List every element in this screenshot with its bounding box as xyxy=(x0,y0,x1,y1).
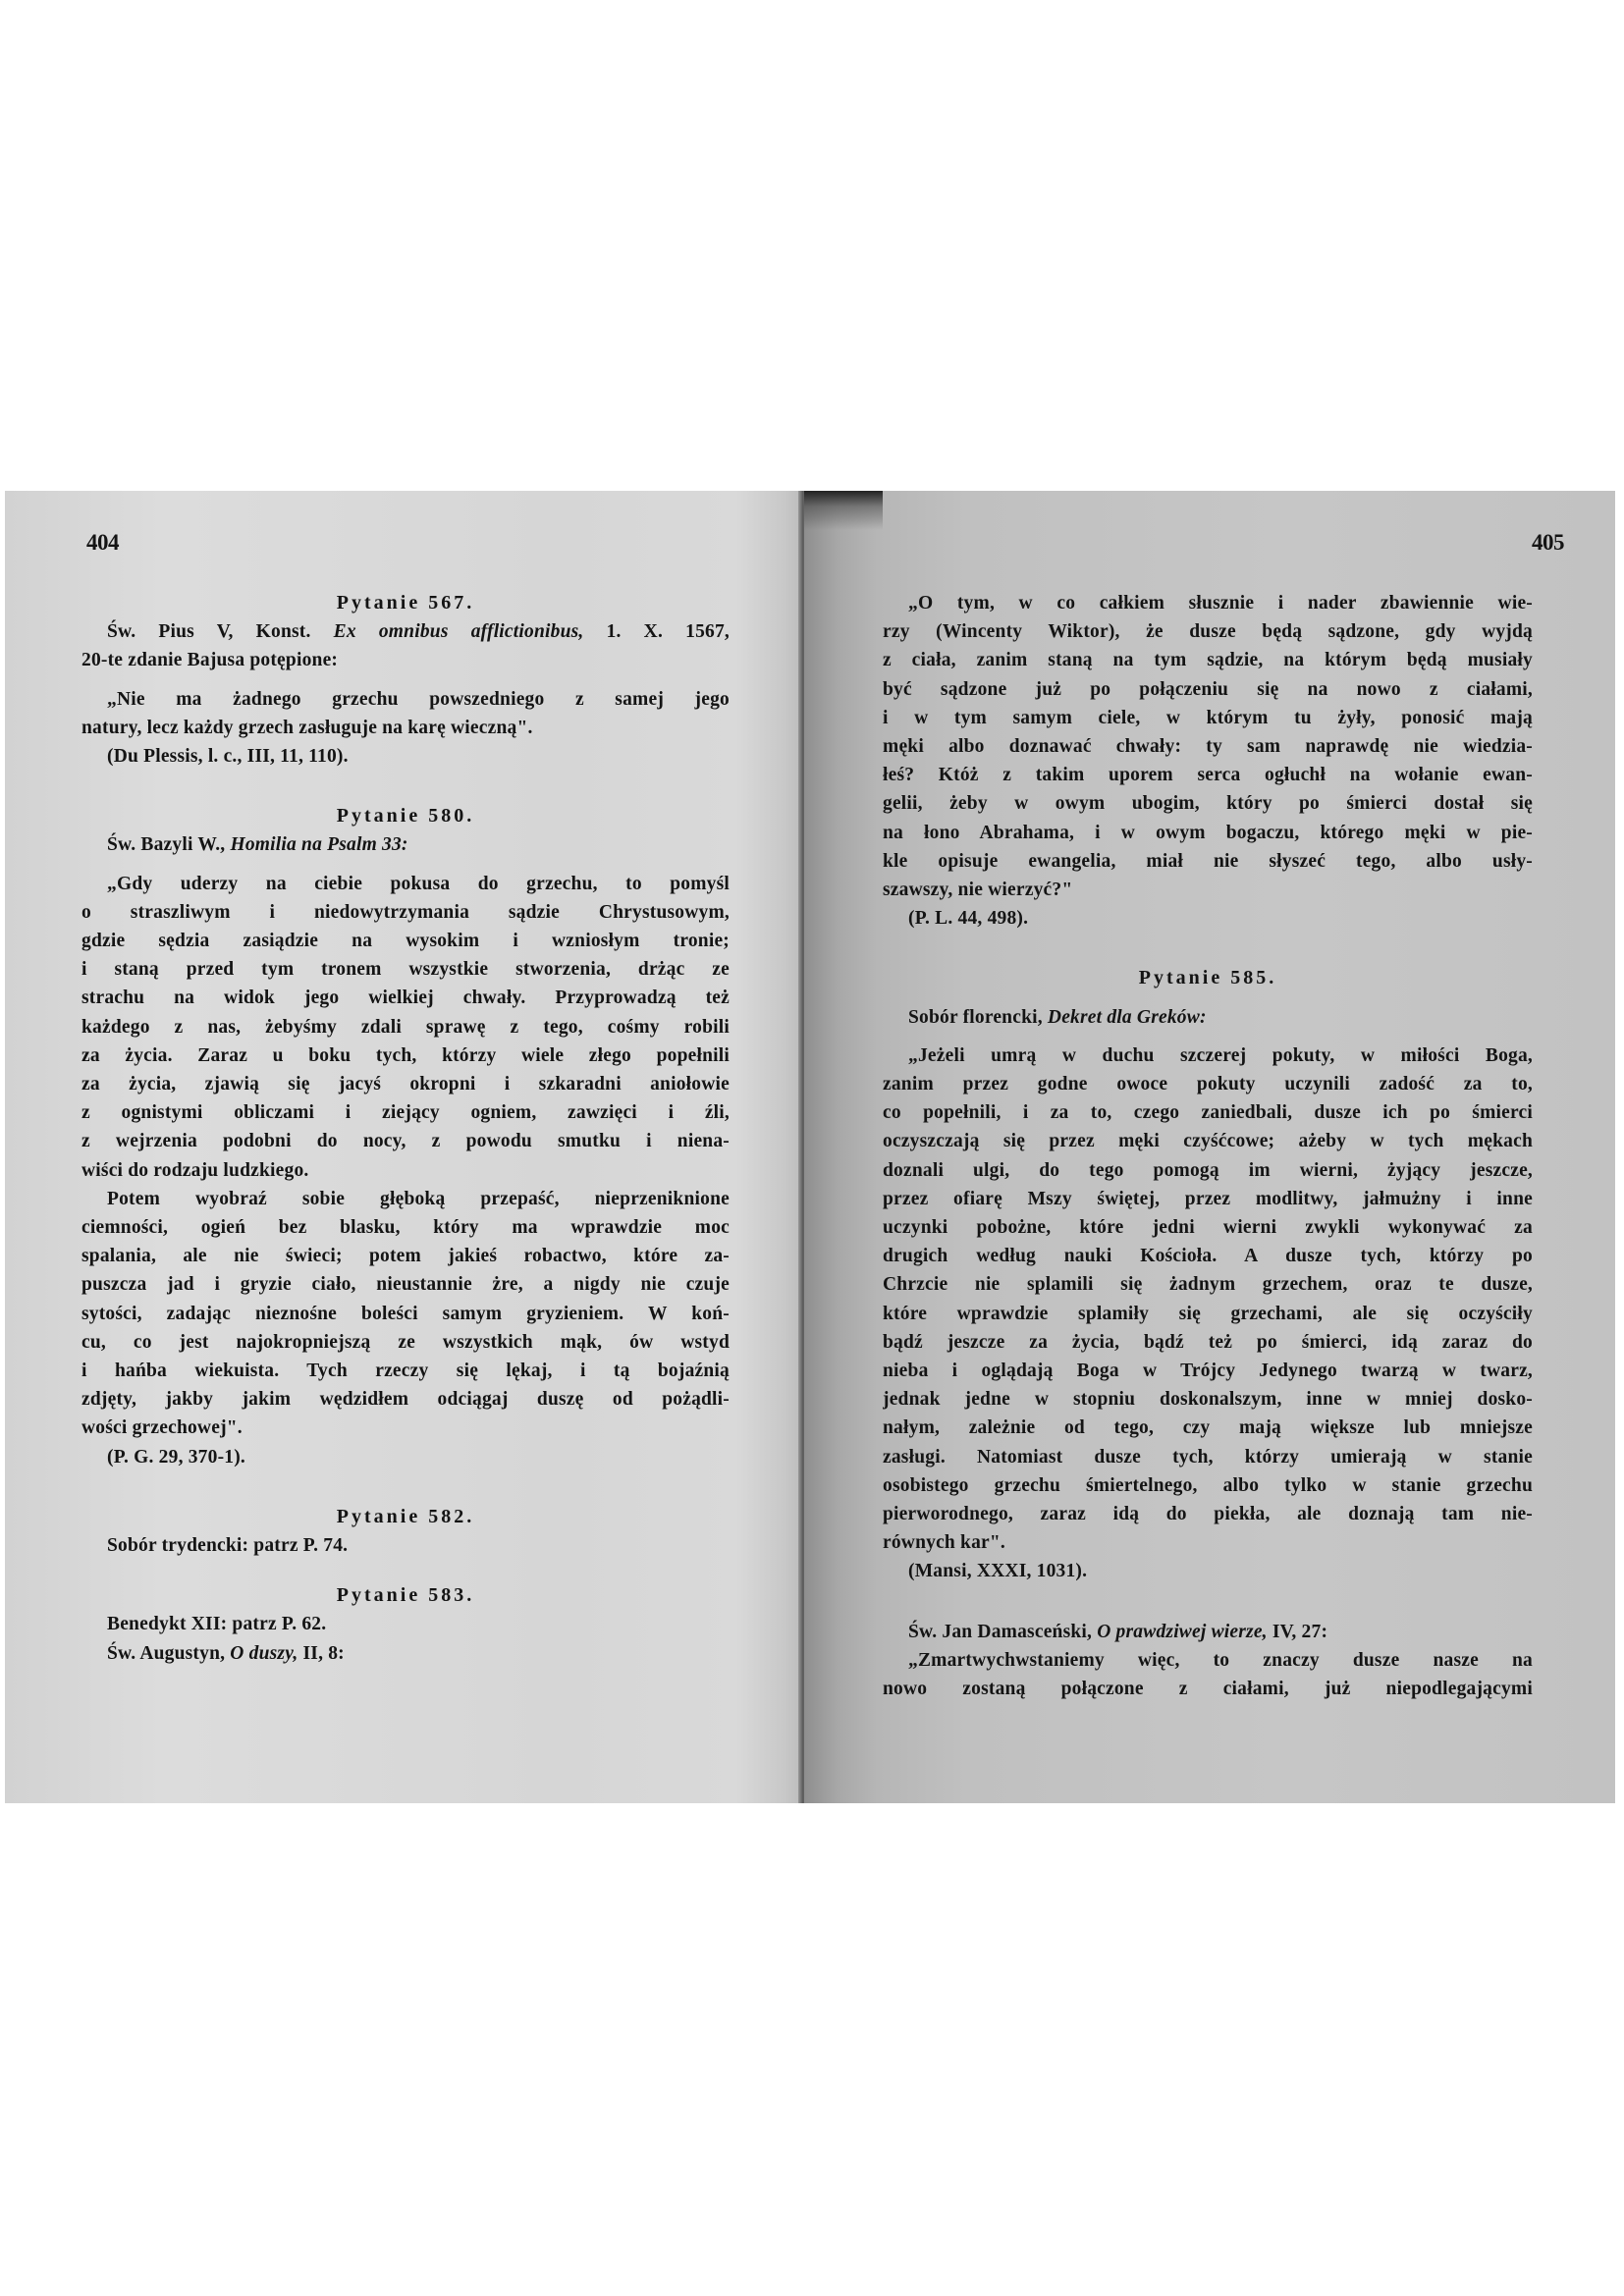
reference: (Mansi, XXXI, 1031). xyxy=(883,1557,1533,1585)
quote-line: zanim przez godne owoce pokuty uczynili … xyxy=(883,1070,1533,1098)
quote-line: natury, lecz każdy grzech zasługuje na k… xyxy=(81,714,730,742)
quote-line: na łono Abrahama, i w owym bogaczu, któr… xyxy=(883,819,1533,847)
continuation-quote: „O tym, w co całkiem słusznie i nader zb… xyxy=(883,589,1533,904)
quote-line: strachu na widok jego wielkiej chwały. P… xyxy=(81,984,730,1012)
quote-line: być sądzone już po połączeniu się na now… xyxy=(883,675,1533,704)
reference: (P. L. 44, 498). xyxy=(883,904,1533,933)
quote-line: „Gdy uderzy na ciebie pokusa do grzechu,… xyxy=(81,870,730,898)
quote-line: z ognistymi obliczami i ziejący ogniem, … xyxy=(81,1098,730,1127)
source-line: Sobór trydencki: patrz P. 74. xyxy=(81,1531,730,1560)
quote-line: cu, co jest najokropniejszą ze wszystkic… xyxy=(81,1328,730,1357)
quote-line: za życia. Zaraz u boku tych, którzy wiel… xyxy=(81,1041,730,1070)
quote-block-580: „Gdy uderzy na ciebie pokusa do grzechu,… xyxy=(81,870,730,1443)
quote-line: uczynki pobożne, które jedni wierni zwyk… xyxy=(883,1213,1533,1242)
quote-line: spalania, ale nie świeci; potem jakieś r… xyxy=(81,1242,730,1270)
quote-line: wości grzechowej". xyxy=(81,1414,730,1442)
quote-line: ciemności, ogień bez blasku, który ma wp… xyxy=(81,1213,730,1242)
quote-line: i staną przed tym tronem wszystkie stwor… xyxy=(81,955,730,984)
quote-line: Potem wyobraź sobie głęboką przepaść, ni… xyxy=(81,1185,730,1213)
quote-line: każdego z nas, żebyśmy zdali sprawę z te… xyxy=(81,1013,730,1041)
quote-line: Chrzcie nie splamili się żadnym grzechem… xyxy=(883,1270,1533,1299)
page-number-right: 405 xyxy=(1532,530,1564,556)
quote-line: gdzie sędzia zasiądzie na wysokim i wzni… xyxy=(81,927,730,955)
quote-line: bądź jeszcze za życia, bądź też po śmier… xyxy=(883,1328,1533,1357)
reference: (Du Plessis, l. c., III, 11, 110). xyxy=(81,742,730,771)
quote-line: gelii, żeby w owym ubogim, który po śmie… xyxy=(883,789,1533,818)
quote-line: łeś? Któż z takim uporem serca ogłuchł n… xyxy=(883,761,1533,789)
quote-line: nowo zostaną połączone z ciałami, już ni… xyxy=(883,1675,1533,1703)
quote-line: puszcza jad i gryzie ciało, nieustannie … xyxy=(81,1270,730,1299)
spine-shadow xyxy=(804,491,883,530)
source-line: Sobór florencki, Dekret dla Greków: xyxy=(883,1003,1533,1032)
quote-line: szawszy, nie wierzyć?" xyxy=(883,876,1533,904)
quote-line: wiści do rodzaju ludzkiego. xyxy=(81,1156,730,1185)
section-heading: Pytanie 580. xyxy=(81,802,730,830)
source-line: 20-te zdanie Bajusa potępione: xyxy=(81,646,730,674)
quote-line: nieba i oglądają Boga w Trójcy Jedynego … xyxy=(883,1357,1533,1385)
quote-line: męki albo doznawać chwały: ty sam napraw… xyxy=(883,732,1533,761)
left-page: 404 Pytanie 567. Św. Pius V, Konst. Ex o… xyxy=(5,491,800,1803)
quote-line: o straszliwym i niedowytrzymania sądzie … xyxy=(81,898,730,927)
quote-line: które wprawdzie splamiły się grzechami, … xyxy=(883,1300,1533,1328)
quote-line: „Nie ma żadnego grzechu powszedniego z s… xyxy=(81,685,730,714)
source-line: Św. Augustyn, O duszy, II, 8: xyxy=(81,1639,730,1668)
quote-line: sytości, zadając nieznośne boleści samym… xyxy=(81,1300,730,1328)
quote-line: „O tym, w co całkiem słusznie i nader zb… xyxy=(883,589,1533,617)
quote-line: rzy (Wincenty Wiktor), że dusze będą sąd… xyxy=(883,617,1533,646)
reference: (P. G. 29, 370-1). xyxy=(81,1443,730,1471)
quote-block-final: „Zmartwychwstaniemy więc, to znaczy dusz… xyxy=(883,1646,1533,1703)
quote-line: przez ofiarę Mszy świętej, przez modlitw… xyxy=(883,1185,1533,1213)
quote-line: zdjęty, jakby jakim wędzidłem odciągaj d… xyxy=(81,1385,730,1414)
quote-line: pierworodnego, zaraz idą do piekła, ale … xyxy=(883,1500,1533,1528)
section-heading: Pytanie 582. xyxy=(81,1503,730,1531)
section-heading: Pytanie 585. xyxy=(883,964,1533,992)
left-page-text: Pytanie 567. Św. Pius V, Konst. Ex omnib… xyxy=(81,589,730,1668)
quote-line: oczyszczają się przez męki czyśćcowe; aż… xyxy=(883,1127,1533,1155)
right-page: 405 „O tym, w co całkiem słusznie i nade… xyxy=(804,491,1615,1803)
source-line: Benedykt XII: patrz P. 62. xyxy=(81,1610,730,1638)
section-heading: Pytanie 567. xyxy=(81,589,730,617)
source-line: Św. Bazyli W., Homilia na Psalm 33: xyxy=(81,830,730,859)
quote-line: kle opisuje ewangelia, miał nie słyszeć … xyxy=(883,847,1533,876)
quote-line: „Zmartwychwstaniemy więc, to znaczy dusz… xyxy=(883,1646,1533,1675)
quote-line: doznali ulgi, do tego pomogą im wierni, … xyxy=(883,1156,1533,1185)
quote-line: osobistego grzechu śmiertelnego, albo ty… xyxy=(883,1471,1533,1500)
quote-line: i hańba wiekuista. Tych rzeczy się lękaj… xyxy=(81,1357,730,1385)
quote-line: z wejrzenia podobni do nocy, z powodu sm… xyxy=(81,1127,730,1155)
source-line: Św. Pius V, Konst. Ex omnibus affliction… xyxy=(81,617,730,646)
quote-line: i w tym samym ciele, w którym tu żyły, p… xyxy=(883,704,1533,732)
section-heading: Pytanie 583. xyxy=(81,1581,730,1610)
quote-line: nałym, zależnie od tego, czy mają większ… xyxy=(883,1414,1533,1442)
quote-line: co popełnili, i za to, czego zaniedbali,… xyxy=(883,1098,1533,1127)
quote-line: drugich według nauki Kościoła. A dusze t… xyxy=(883,1242,1533,1270)
source-line: Św. Jan Damasceński, O prawdziwej wierze… xyxy=(883,1618,1533,1646)
right-page-text: „O tym, w co całkiem słusznie i nader zb… xyxy=(883,589,1533,1703)
quote-line: „Jeżeli umrą w duchu szczerej pokuty, w … xyxy=(883,1041,1533,1070)
quote-line: jednak jedne w stopniu doskonalszym, inn… xyxy=(883,1385,1533,1414)
quote-line: zasługi. Natomiast dusze tych, którzy um… xyxy=(883,1443,1533,1471)
quote-line: równych kar". xyxy=(883,1528,1533,1557)
quote-block-585: „Jeżeli umrą w duchu szczerej pokuty, w … xyxy=(883,1041,1533,1558)
quote-line: z ciała, zanim staną na tym sądzie, na k… xyxy=(883,646,1533,674)
quote-line: za życia, zjawią się jacyś okropni i szk… xyxy=(81,1070,730,1098)
page-number-left: 404 xyxy=(86,530,119,556)
book-scan: 404 Pytanie 567. Św. Pius V, Konst. Ex o… xyxy=(5,491,1615,1803)
